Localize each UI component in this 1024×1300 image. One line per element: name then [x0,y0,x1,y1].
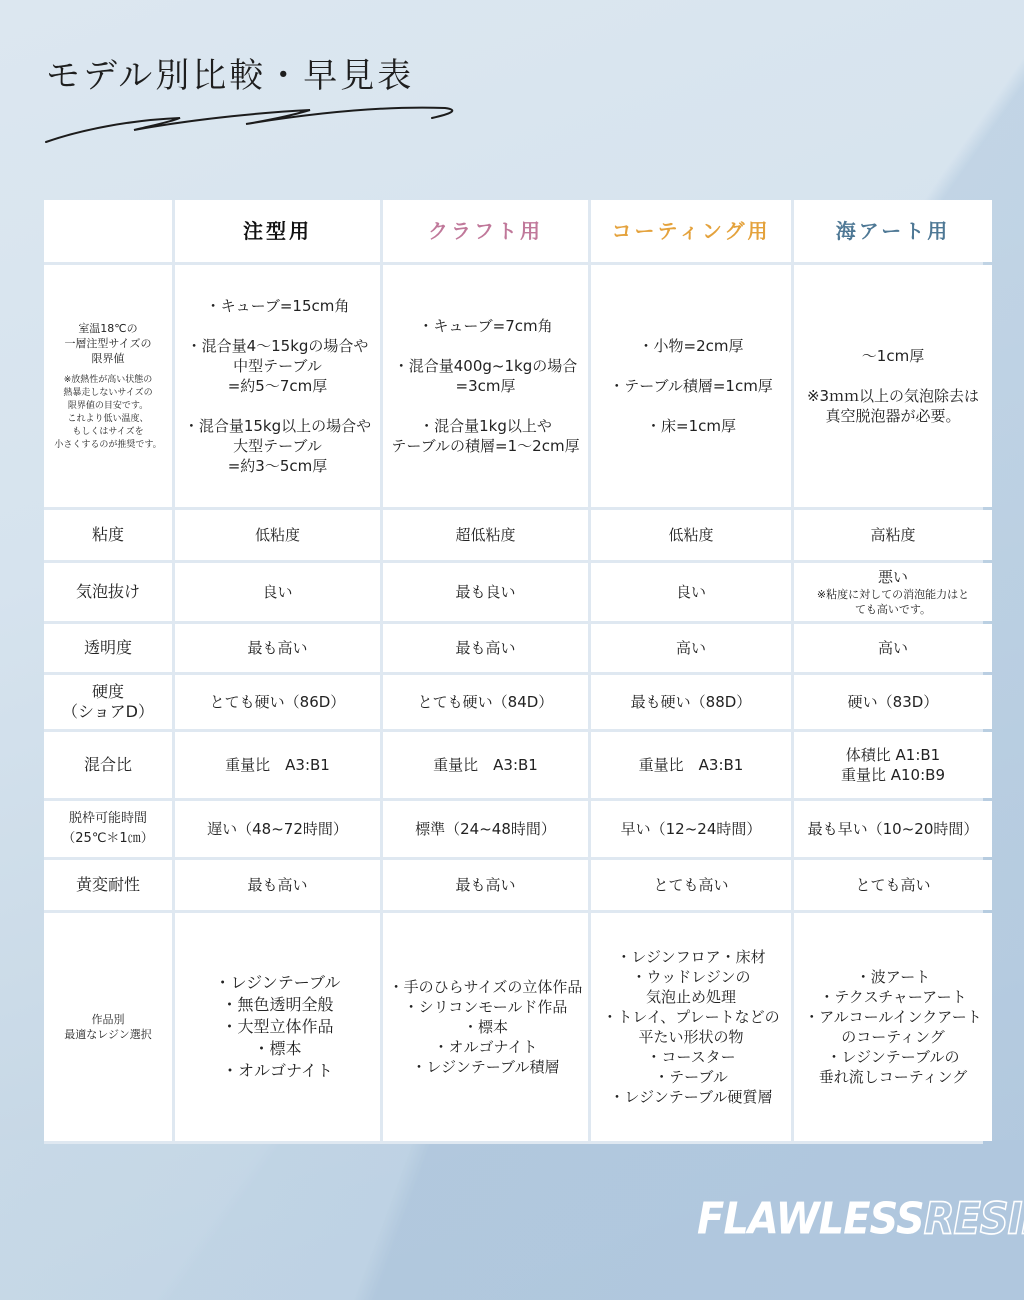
spacer [385,336,586,356]
row-label-demold-time: 脱枠可能時間 （25℃＊1㎝） [44,801,172,857]
table-row-hardness: 硬度 （ショアD） とても硬い（86D） とても硬い（84D） 最も硬い（88D… [44,675,992,729]
row-label-best-use: 作品別 最適なレジン選択 [44,913,172,1141]
list-item: ・オルゴナイト [385,1037,586,1057]
cell-craft-size-limit: ・キューブ=7cm角 ・混合量400g~1kgの場合 =3cm厚 ・混合量1kg… [383,265,588,507]
brand-logo-outline: RESIN [924,1194,1024,1245]
table-row-viscosity: 粘度 低粘度 超低粘度 低粘度 高粘度 [44,510,992,560]
list-item: ・アルコールインクアート [796,1007,990,1027]
spacer [796,366,990,386]
comparison-table: 注型用 クラフト用 コーティング用 海アート用 室温18℃の 一層注型サイズの … [41,197,995,1144]
table-row-mix-ratio: 混合比 重量比 A3:B1 重量比 A3:B1 重量比 A3:B1 体積比 A1… [44,732,992,798]
cell-cast-bubble-release: 良い [175,563,380,621]
cell-line: 大型テーブル [177,436,378,456]
row-label-mix-ratio: 混合比 [44,732,172,798]
cell-cast-best-use: ・レジンテーブル ・無色透明全般 ・大型立体作品 ・標本 ・オルゴナイト [175,913,380,1141]
cell-sea-hardness: 硬い（83D） [794,675,992,729]
note-line: ※放熱性が高い状態の [46,374,170,387]
cell-coating-yellowing: とても高い [591,860,791,910]
table-row-yellowing: 黄変耐性 最も高い 最も高い とても高い とても高い [44,860,992,910]
label-line: 限界値 [46,351,170,366]
cell-coating-demold-time: 早い（12~24時間） [591,801,791,857]
label-line: 硬度 [46,682,170,702]
page-title: モデル別比較・早見表 [46,48,414,97]
cell-sea-bubble-release: 悪い ※粘度に対しての消泡能力はと ても高いです。 [794,563,992,621]
cell-sea-best-use: ・波アート ・テクスチャーアート ・アルコールインクアート のコーティング ・レ… [794,913,992,1141]
list-item: 垂れ流しコーティング [796,1067,990,1087]
list-item: のコーティング [796,1027,990,1047]
cell-craft-demold-time: 標準（24~48時間） [383,801,588,857]
cell-craft-yellowing: 最も高い [383,860,588,910]
header-cast: 注型用 [175,200,380,262]
cell-line: ・床=1cm厚 [593,416,789,436]
cell-coating-viscosity: 低粘度 [591,510,791,560]
note-line: これより低い温度、 [46,413,170,426]
cell-line: ・混合量400g~1kgの場合 [385,356,586,376]
row-label-size-limit: 室温18℃の 一層注型サイズの 限界値 ※放熱性が高い状態の 熱暴走しないサイズ… [44,265,172,507]
header-empty [44,200,172,262]
cell-cast-mix-ratio: 重量比 A3:B1 [175,732,380,798]
note-line: もしくはサイズを [46,426,170,439]
cell-sea-viscosity: 高粘度 [794,510,992,560]
table-row-size-limit: 室温18℃の 一層注型サイズの 限界値 ※放熱性が高い状態の 熱暴走しないサイズ… [44,265,992,507]
cell-craft-hardness: とても硬い（84D） [383,675,588,729]
list-item: ・レジンテーブル硬質層 [593,1087,789,1107]
label-line: 脱枠可能時間 [46,809,170,829]
label-line: （ショアD） [46,702,170,722]
row-label-lines: 室温18℃の 一層注型サイズの 限界値 [46,321,170,366]
list-item: ・標本 [385,1017,586,1037]
label-line: 最適なレジン選択 [46,1027,170,1042]
row-label-yellowing: 黄変耐性 [44,860,172,910]
list-item: ・標本 [177,1038,378,1060]
cell-line: =3cm厚 [385,376,586,396]
list-item: ・波アート [796,967,990,987]
list-item: ・レジンテーブル [177,972,378,994]
cell-line: 重量比 A10:B9 [796,765,990,785]
cell-coating-best-use: ・レジンフロア・床材 ・ウッドレジンの 気泡止め処理 ・トレイ、プレートなどの … [591,913,791,1141]
spacer [385,396,586,416]
table-row-demold-time: 脱枠可能時間 （25℃＊1㎝） 遅い（48~72時間） 標準（24~48時間） … [44,801,992,857]
cell-coating-size-limit: ・小物=2cm厚 ・テーブル積層=1cm厚 ・床=1cm厚 [591,265,791,507]
cell-line: 真空脱泡器が必要。 [796,406,990,426]
brand-logo: FLAWLESSRESIN [697,1194,1024,1245]
note-line: 熱暴走しないサイズの [46,387,170,400]
row-label-viscosity: 粘度 [44,510,172,560]
list-item: ・レジンフロア・床材 [593,947,789,967]
table-row-best-use: 作品別 最適なレジン選択 ・レジンテーブル ・無色透明全般 ・大型立体作品 ・標… [44,913,992,1141]
cell-sea-mix-ratio: 体積比 A1:B1 重量比 A10:B9 [794,732,992,798]
cell-line: =約5～7cm厚 [177,376,378,396]
cell-cast-demold-time: 遅い（48~72時間） [175,801,380,857]
header-craft: クラフト用 [383,200,588,262]
cell-line: ・混合量4～15kgの場合や [177,336,378,356]
list-item: ・テーブル [593,1067,789,1087]
cell-cast-hardness: とても硬い（86D） [175,675,380,729]
list-item: ・トレイ、プレートなどの [593,1007,789,1027]
cell-line: ・混合量15kg以上の場合や [177,416,378,436]
list-item: 平たい形状の物 [593,1027,789,1047]
cell-line: ・キューブ=7cm角 [385,316,586,336]
list-item: ・コースター [593,1047,789,1067]
cell-craft-transparency: 最も高い [383,624,588,672]
spacer [177,396,378,416]
row-label-hardness: 硬度 （ショアD） [44,675,172,729]
cell-note-line: ても高いです。 [796,602,990,617]
cell-craft-bubble-release: 最も良い [383,563,588,621]
cell-sea-yellowing: とても高い [794,860,992,910]
cell-line: ※3ｍｍ以上の気泡除去は [796,386,990,406]
cell-line: 中型テーブル [177,356,378,376]
brand-logo-solid: FLAWLESS [697,1194,924,1245]
list-item: ・レジンテーブルの [796,1047,990,1067]
spacer [177,316,378,336]
list-item: ・テクスチャーアート [796,987,990,1007]
list-item: ・無色透明全般 [177,994,378,1016]
list-item: ・シリコンモールド作品 [385,997,586,1017]
header-row: 注型用 クラフト用 コーティング用 海アート用 [44,200,992,262]
row-label-transparency: 透明度 [44,624,172,672]
cell-cast-yellowing: 最も高い [175,860,380,910]
cell-line: ・キューブ=15cm角 [177,296,378,316]
list-item: ・ウッドレジンの [593,967,789,987]
comparison-table-container: 注型用 クラフト用 コーティング用 海アート用 室温18℃の 一層注型サイズの … [44,200,983,1144]
label-line: （25℃＊1㎝） [46,829,170,849]
cell-sea-size-limit: ～1cm厚 ※3ｍｍ以上の気泡除去は 真空脱泡器が必要。 [794,265,992,507]
table-row-transparency: 透明度 最も高い 最も高い 高い 高い [44,624,992,672]
label-line: 作品別 [46,1012,170,1027]
cell-craft-best-use: ・手のひらサイズの立体作品 ・シリコンモールド作品 ・標本 ・オルゴナイト ・レ… [383,913,588,1141]
cell-coating-bubble-release: 良い [591,563,791,621]
cell-note-line: ※粘度に対しての消泡能力はと [796,587,990,602]
cell-coating-transparency: 高い [591,624,791,672]
cell-cast-transparency: 最も高い [175,624,380,672]
header-sea-art: 海アート用 [794,200,992,262]
list-item: ・レジンテーブル積層 [385,1057,586,1077]
cell-line: 悪い [796,567,990,587]
cell-line: =約3～5cm厚 [177,456,378,476]
cell-coating-mix-ratio: 重量比 A3:B1 [591,732,791,798]
cell-cast-viscosity: 低粘度 [175,510,380,560]
cell-line: ・テーブル積層=1cm厚 [593,376,789,396]
cell-line: 体積比 A1:B1 [796,745,990,765]
cell-cast-size-limit: ・キューブ=15cm角 ・混合量4～15kgの場合や 中型テーブル =約5～7c… [175,265,380,507]
label-line: 一層注型サイズの [46,336,170,351]
cell-line: ・小物=2cm厚 [593,336,789,356]
list-item: ・大型立体作品 [177,1016,378,1038]
table-row-bubble-release: 気泡抜け 良い 最も良い 良い 悪い ※粘度に対しての消泡能力はと ても高いです… [44,563,992,621]
swoosh-underline-icon [40,98,460,148]
cell-craft-viscosity: 超低粘度 [383,510,588,560]
spacer [593,396,789,416]
header-coating: コーティング用 [591,200,791,262]
list-item: ・オルゴナイト [177,1060,378,1082]
note-line: 限界値の目安です。 [46,400,170,413]
row-label-bubble-release: 気泡抜け [44,563,172,621]
note-line: 小さくするのが推奨です。 [46,439,170,452]
cell-coating-hardness: 最も硬い（88D） [591,675,791,729]
cell-sea-demold-time: 最も早い（10~20時間） [794,801,992,857]
cell-line: ・混合量1kg以上や [385,416,586,436]
cell-sea-transparency: 高い [794,624,992,672]
spacer [593,356,789,376]
label-line: 室温18℃の [46,321,170,336]
cell-line: ～1cm厚 [796,346,990,366]
cell-craft-mix-ratio: 重量比 A3:B1 [383,732,588,798]
list-item: ・手のひらサイズの立体作品 [385,977,586,997]
list-item: 気泡止め処理 [593,987,789,1007]
row-label-note: ※放熱性が高い状態の 熱暴走しないサイズの 限界値の目安です。 これより低い温度… [46,374,170,452]
cell-line: テーブルの積層=1～2cm厚 [385,436,586,456]
